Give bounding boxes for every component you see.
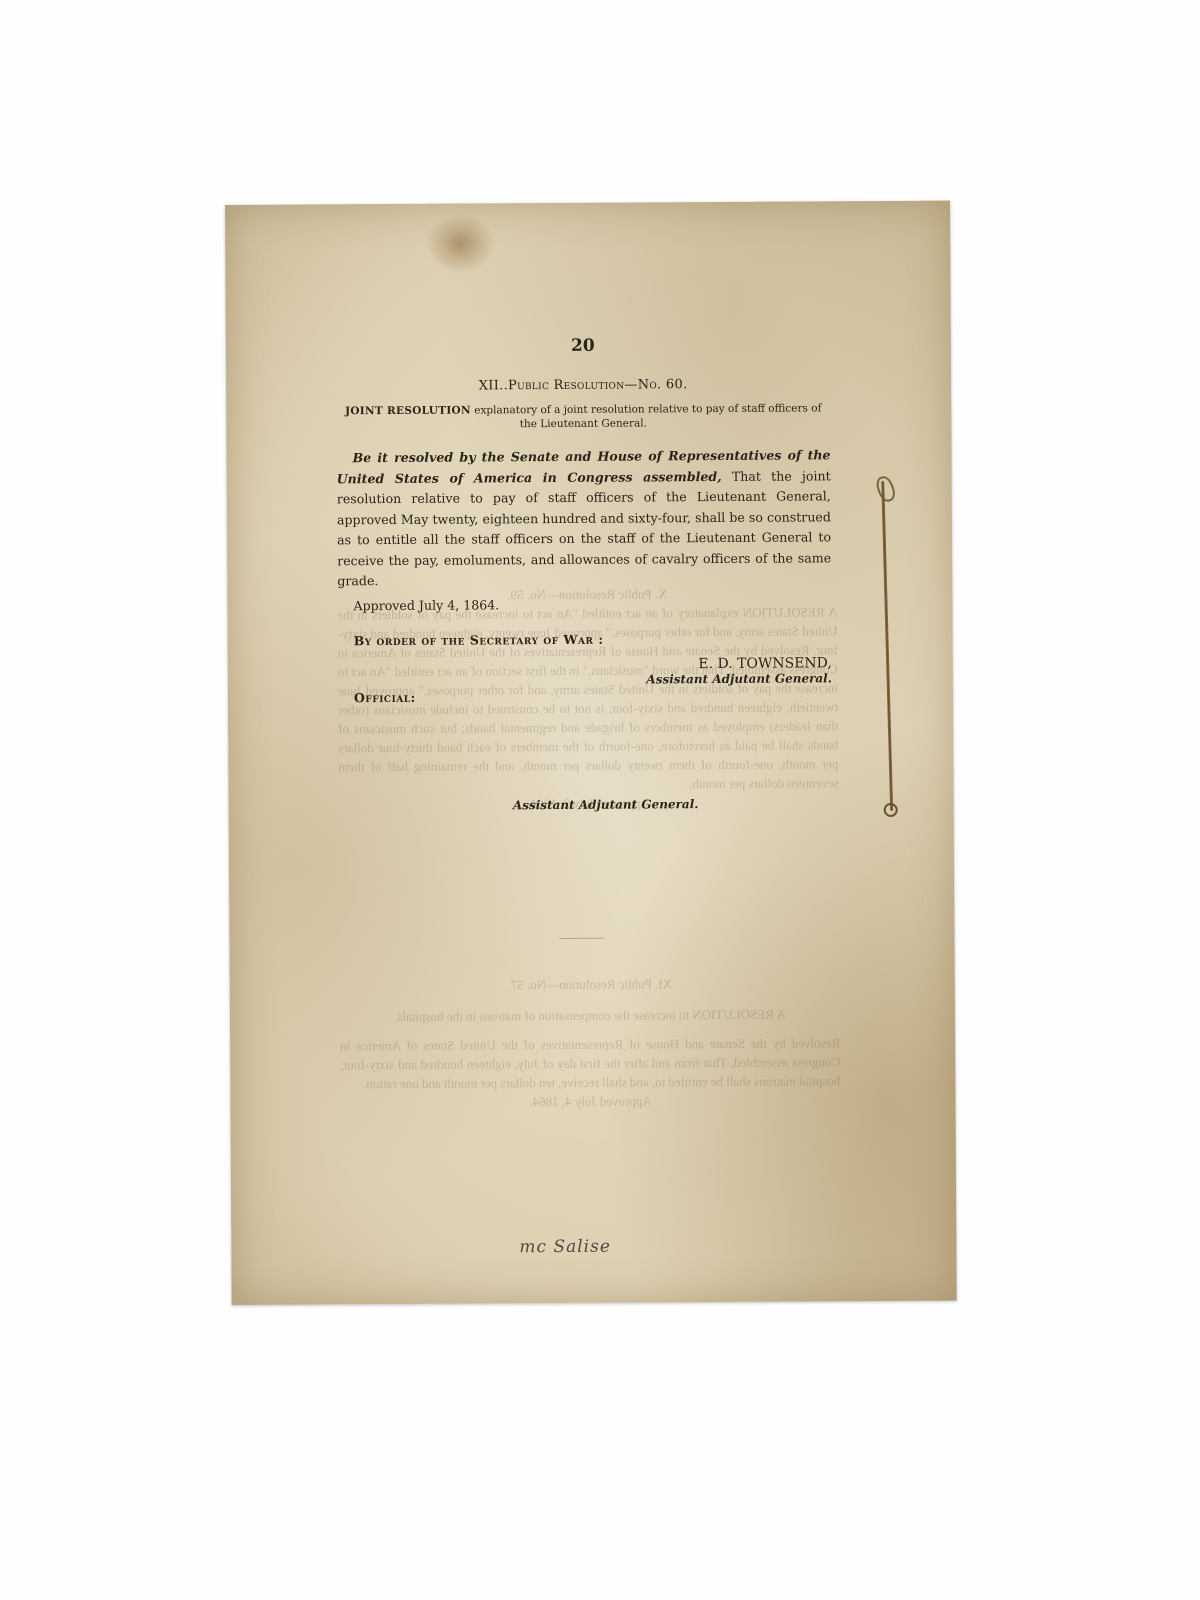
resolution-title: JOINT RESOLUTION explanatory of a joint … (336, 401, 830, 432)
official-label: Official: (354, 687, 832, 705)
resolution-title-rest: explanatory of a joint resolution relati… (474, 402, 821, 430)
bleed-through-lower: XI. Public Resolution—No. 57. A RESOLUTI… (340, 973, 841, 1112)
bleed-through-lower-title: A RESOLUTION to increase the compensatio… (340, 1004, 840, 1026)
page-number: 20 (336, 334, 830, 357)
stain-mark (425, 213, 495, 273)
bleed-through-lower-heading: XI. Public Resolution—No. 57. (340, 973, 840, 995)
resolution-heading: XII..Public Resolution—No. 60. (336, 376, 830, 394)
official-signature-title: Assistant Adjutant General. (339, 796, 833, 813)
document-sheet: X. Public Resolution—No. 59. A RESOLUTIO… (225, 201, 957, 1305)
photo-backdrop: X. Public Resolution—No. 59. A RESOLUTIO… (0, 0, 1200, 1600)
section-divider (559, 938, 603, 939)
binding-thread-end-icon (884, 803, 898, 817)
document-content: 20 XII..Public Resolution—No. 60. JOINT … (336, 334, 833, 813)
approval-date: Approved July 4, 1864. (353, 595, 831, 613)
resolution-text: That the joint resolution relative to pa… (337, 468, 831, 589)
binding-thread (881, 481, 893, 811)
signatory-title: Assistant Adjutant General. (338, 671, 832, 688)
handwritten-note: mc Salise (519, 1237, 611, 1258)
bleed-through-lower-approved: Approved July 4, 1864. (340, 1090, 840, 1112)
binding-thread-knot-icon (874, 474, 898, 504)
order-line: By order of the Secretary of War : (354, 630, 832, 648)
resolution-body: Be it resolved by the Senate and House o… (336, 445, 831, 592)
bleed-through-lower-text: Resolved by the Senate and House of Repr… (340, 1033, 840, 1093)
resolution-title-lead: JOINT RESOLUTION (345, 405, 471, 418)
